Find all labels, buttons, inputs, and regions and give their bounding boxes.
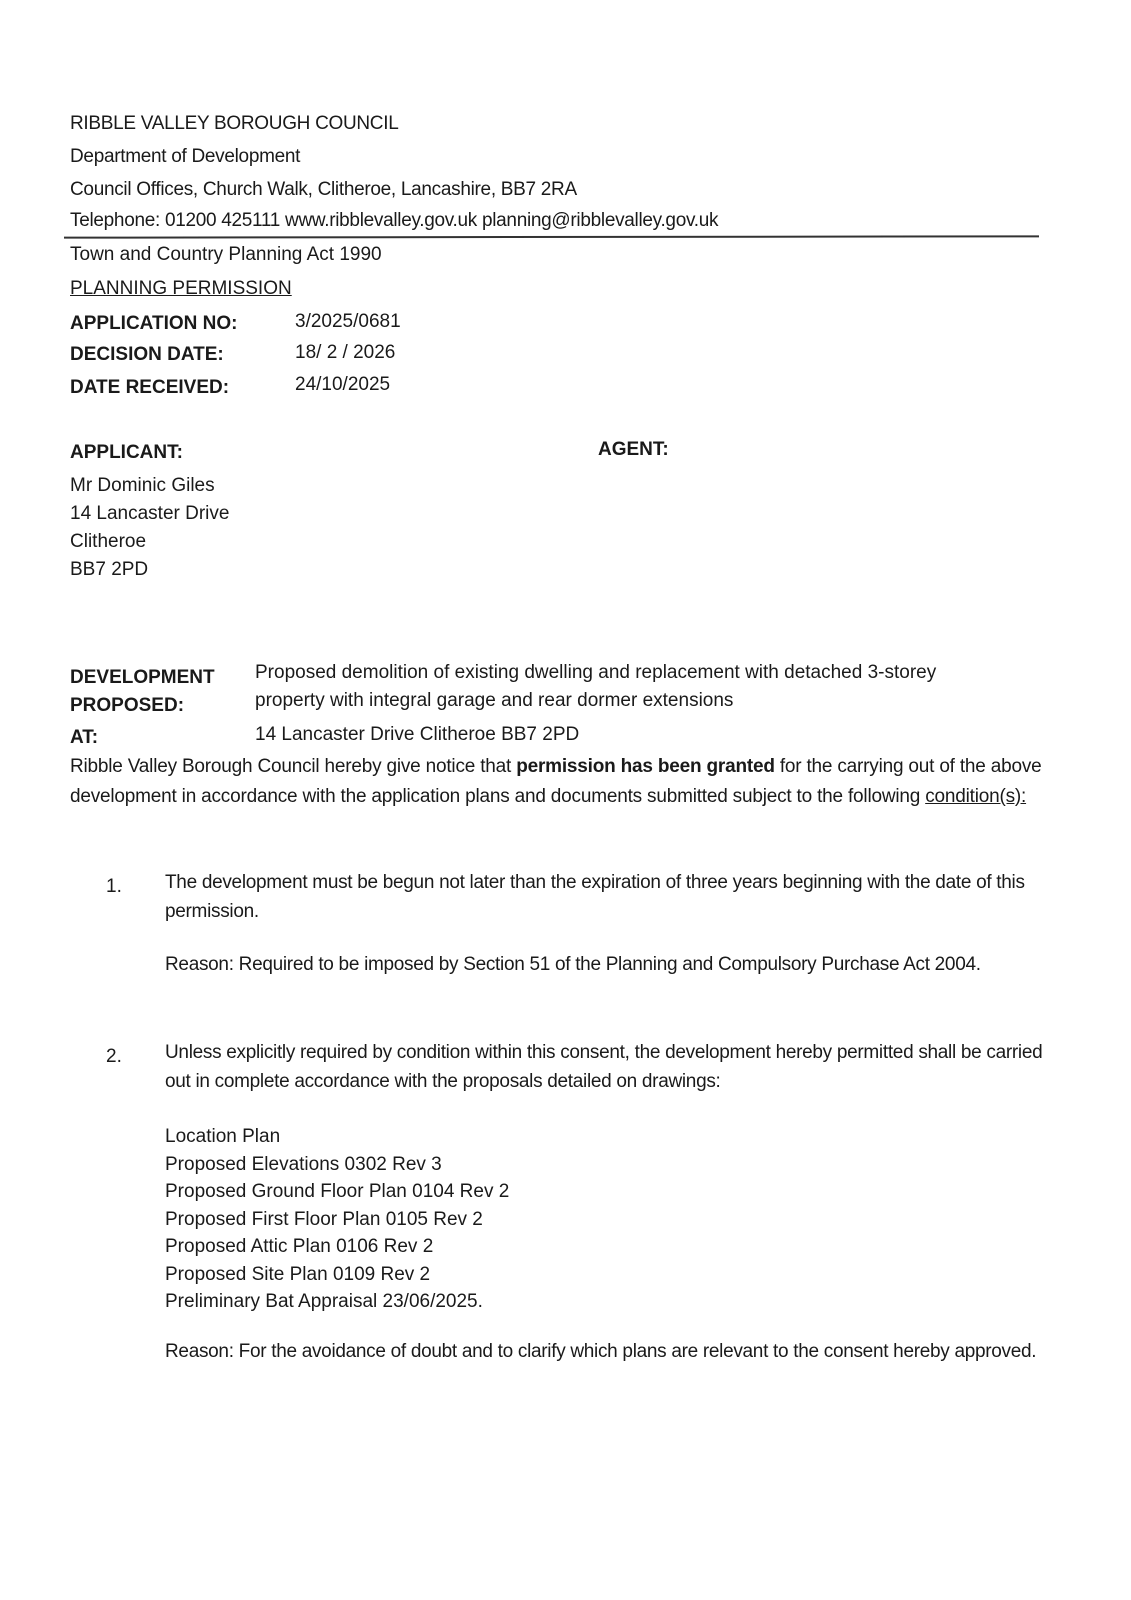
- drawing-item: Location Plan: [165, 1123, 509, 1151]
- drawing-item: Preliminary Bat Appraisal 23/06/2025.: [165, 1288, 509, 1316]
- date-received-value: 24/10/2025: [295, 374, 390, 396]
- applicant-name: Mr Dominic Giles: [70, 475, 215, 497]
- notice-text-before: Ribble Valley Borough Council hereby giv…: [70, 756, 516, 777]
- council-name: RIBBLE VALLEY BOROUGH COUNCIL: [70, 113, 398, 135]
- contact-details: Telephone: 01200 425111 www.ribblevalley…: [70, 210, 718, 232]
- condition-number: 2.: [106, 1046, 122, 1068]
- notice-emphasis: permission has been granted: [516, 756, 775, 777]
- header-divider: [64, 235, 1039, 238]
- condition-text: Unless explicitly required by condition …: [165, 1038, 1045, 1096]
- decision-date-value: 18/ 2 / 2026: [295, 342, 395, 364]
- document-type: PLANNING PERMISSION: [70, 278, 292, 300]
- applicant-address-line2: Clitheroe: [70, 531, 146, 553]
- application-no-label: APPLICATION NO:: [70, 313, 237, 335]
- site-address: 14 Lancaster Drive Clitheroe BB7 2PD: [255, 724, 579, 746]
- department-name: Department of Development: [70, 146, 300, 168]
- applicant-label: APPLICANT:: [70, 442, 183, 464]
- development-description-line2: property with integral garage and rear d…: [255, 690, 733, 712]
- development-label-line1: DEVELOPMENT: [70, 667, 215, 689]
- drawing-item: Proposed Site Plan 0109 Rev 2: [165, 1261, 509, 1289]
- drawing-item: Proposed Ground Floor Plan 0104 Rev 2: [165, 1178, 509, 1206]
- condition-reason: Reason: For the avoidance of doubt and t…: [165, 1337, 1045, 1366]
- drawing-item: Proposed First Floor Plan 0105 Rev 2: [165, 1206, 509, 1234]
- act-title: Town and Country Planning Act 1990: [70, 244, 382, 266]
- approved-drawings-list: Location Plan Proposed Elevations 0302 R…: [165, 1123, 509, 1316]
- development-description-line1: Proposed demolition of existing dwelling…: [255, 662, 936, 684]
- grant-notice: Ribble Valley Borough Council hereby giv…: [70, 752, 1045, 812]
- applicant-address-line1: 14 Lancaster Drive: [70, 503, 229, 525]
- development-label-line2: PROPOSED:: [70, 695, 184, 717]
- date-received-label: DATE RECEIVED:: [70, 377, 229, 399]
- decision-date-label: DECISION DATE:: [70, 344, 224, 366]
- council-address: Council Offices, Church Walk, Clitheroe,…: [70, 179, 577, 201]
- conditions-reference: condition(s):: [925, 786, 1026, 807]
- condition-reason: Reason: Required to be imposed by Sectio…: [165, 950, 1045, 979]
- condition-number: 1.: [106, 876, 122, 898]
- site-at-label: AT:: [70, 727, 98, 749]
- condition-text: The development must be begun not later …: [165, 868, 1045, 926]
- drawing-item: Proposed Attic Plan 0106 Rev 2: [165, 1233, 509, 1261]
- agent-label: AGENT:: [598, 439, 669, 461]
- applicant-postcode: BB7 2PD: [70, 559, 148, 581]
- drawing-item: Proposed Elevations 0302 Rev 3: [165, 1151, 509, 1179]
- application-no-value: 3/2025/0681: [295, 311, 401, 333]
